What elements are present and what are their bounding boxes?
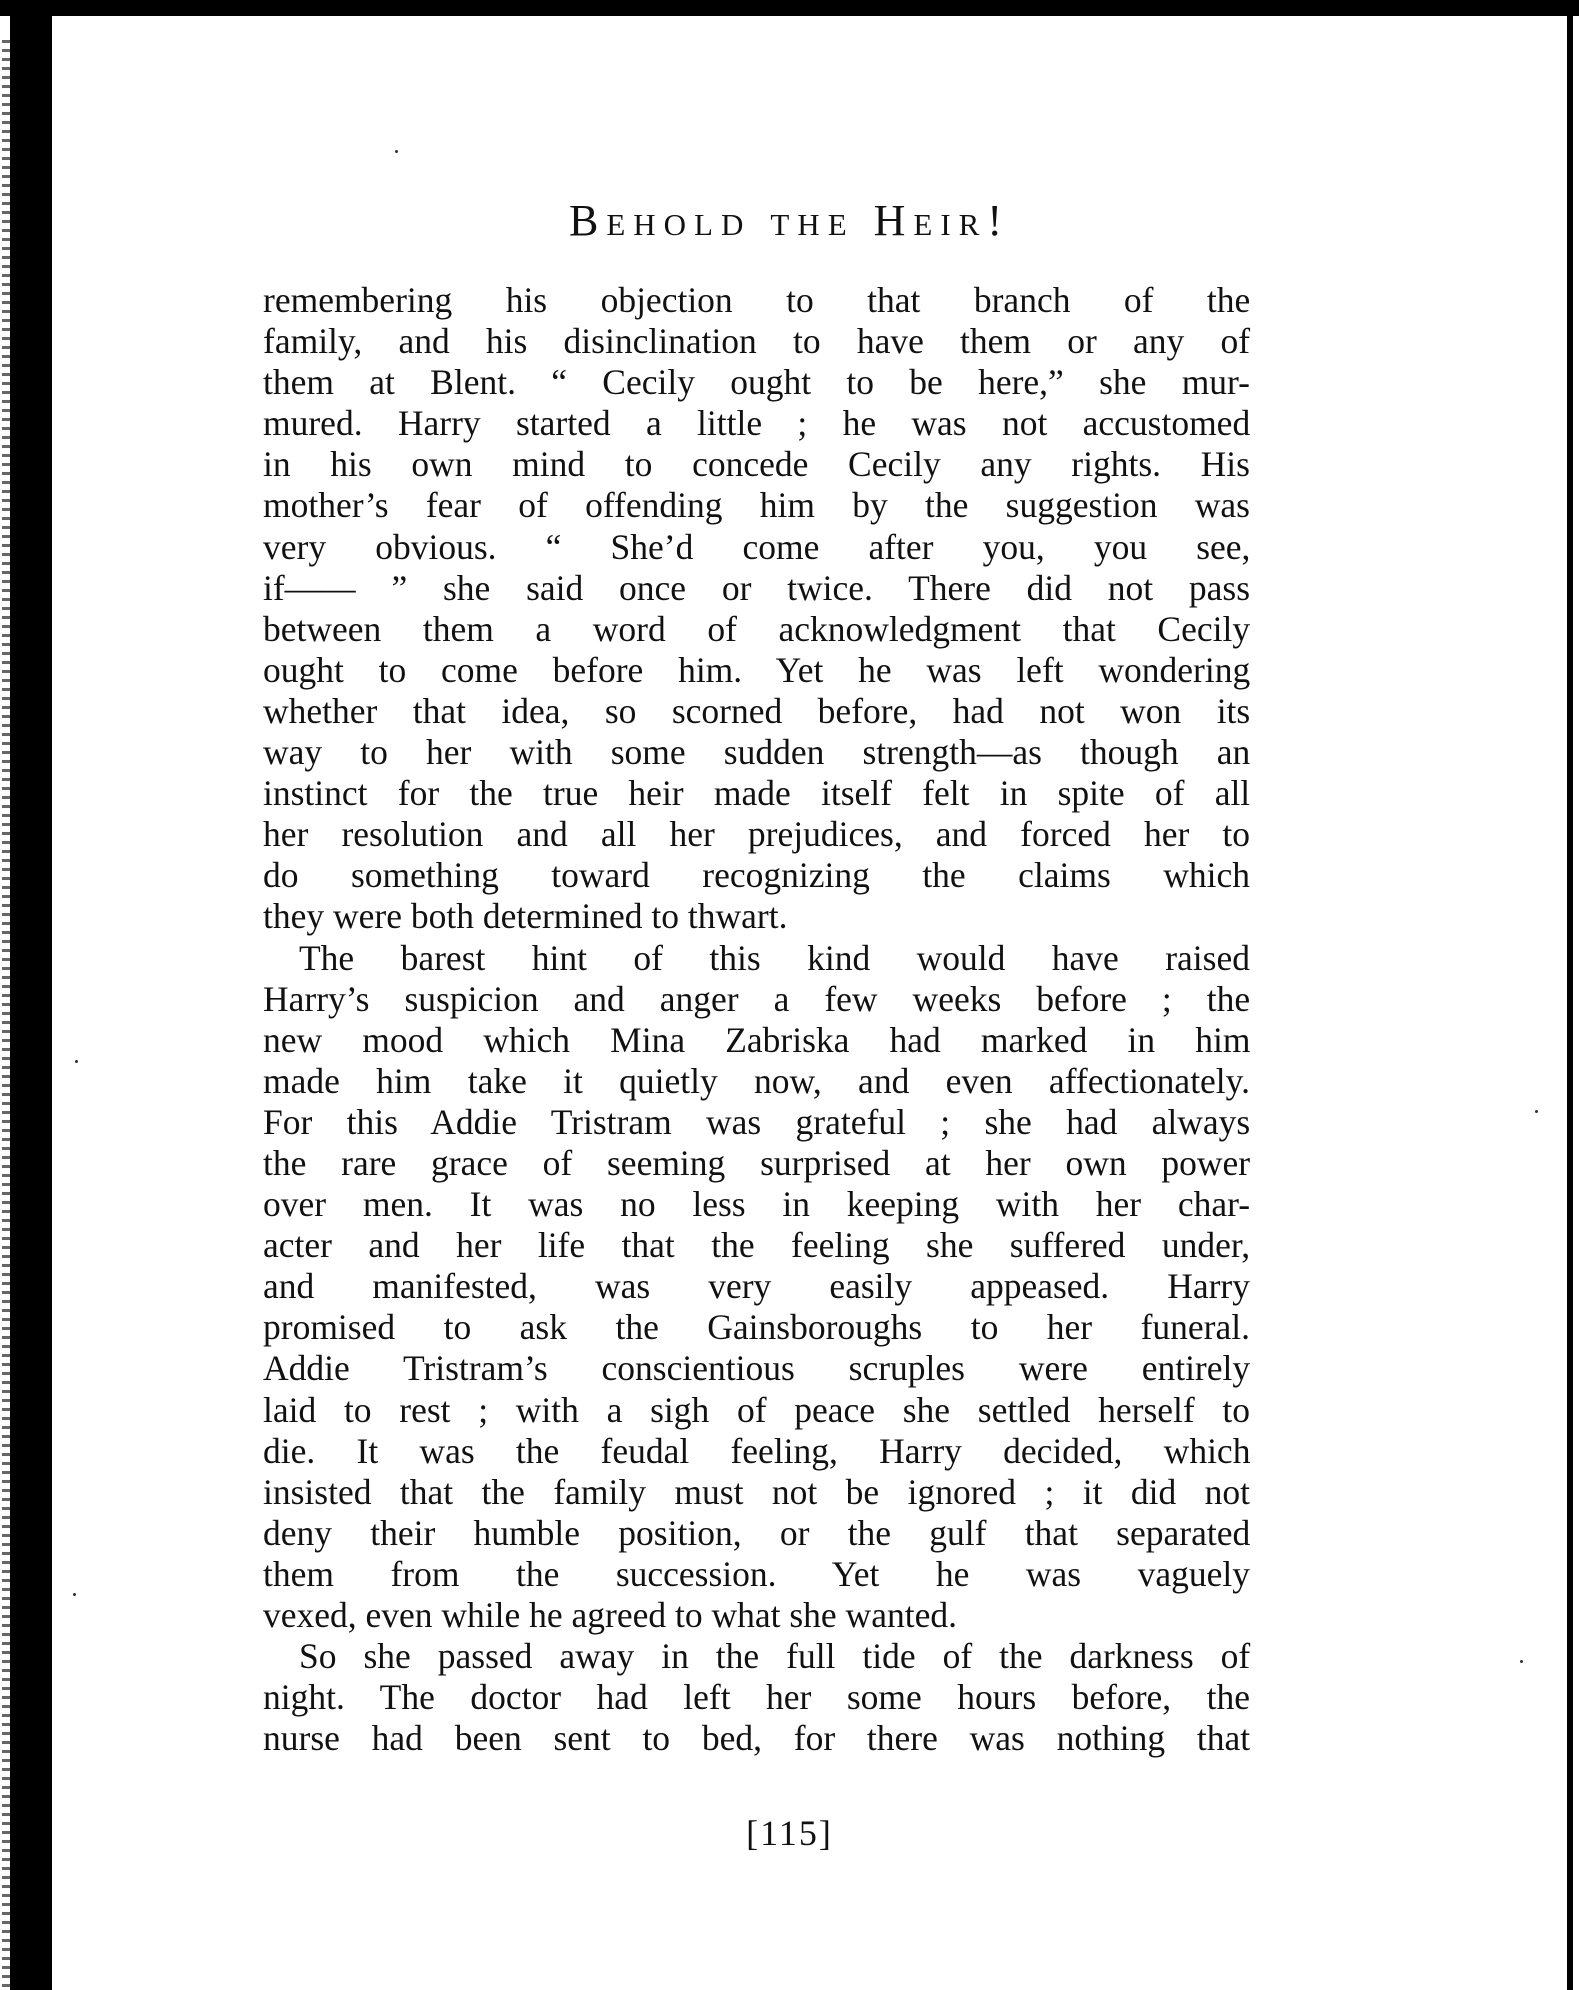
text-line: her resolution and all her prejudices, a… [263, 814, 1250, 855]
text-line: So she passed away in the full tide of t… [263, 1636, 1250, 1677]
text-line: For this Addie Tristram was grateful ; s… [263, 1102, 1250, 1143]
text-line: nurse had been sent to bed, for there wa… [263, 1718, 1250, 1759]
page-number: [115] [0, 1812, 1579, 1854]
text-line: do something toward recognizing the clai… [263, 855, 1250, 896]
scan-speck [75, 1060, 78, 1063]
text-line: they were both determined to thwart. [263, 896, 1250, 937]
text-line: if—— ” she said once or twice. There did… [263, 568, 1250, 609]
binding-speckle [2, 40, 16, 1990]
text-line: new mood which Mina Zabriska had marked … [263, 1020, 1250, 1061]
text-line: ought to come before him. Yet he was lef… [263, 650, 1250, 691]
text-line: vexed, even while he agreed to what she … [263, 1595, 1250, 1636]
text-line: acter and her life that the feeling she … [263, 1225, 1250, 1266]
scan-speck [1535, 1110, 1538, 1113]
text-line: made him take it quietly now, and even a… [263, 1061, 1250, 1102]
text-line: in his own mind to concede Cecily any ri… [263, 444, 1250, 485]
scan-speck [1520, 1660, 1523, 1663]
text-line: die. It was the feudal feeling, Harry de… [263, 1431, 1250, 1472]
text-line: mured. Harry started a little ; he was n… [263, 403, 1250, 444]
text-line: and manifested, was very easily appeased… [263, 1266, 1250, 1307]
text-line: promised to ask the Gainsboroughs to her… [263, 1307, 1250, 1348]
text-line: way to her with some sudden strength—as … [263, 732, 1250, 773]
text-line: insisted that the family must not be ign… [263, 1472, 1250, 1513]
text-line: over men. It was no less in keeping with… [263, 1184, 1250, 1225]
text-line: laid to rest ; with a sigh of peace she … [263, 1390, 1250, 1431]
text-line: mother’s fear of offending him by the su… [263, 485, 1250, 526]
scan-top-edge [0, 0, 1579, 16]
text-line: Addie Tristram’s conscientious scruples … [263, 1348, 1250, 1389]
text-line: Harry’s suspicion and anger a few weeks … [263, 979, 1250, 1020]
text-line: family, and his disinclination to have t… [263, 321, 1250, 362]
text-line: them from the succession. Yet he was vag… [263, 1554, 1250, 1595]
book-binding-shadow-left [10, 0, 52, 1990]
text-line: between them a word of acknowledgment th… [263, 609, 1250, 650]
scan-speck [395, 150, 398, 153]
page-edge-right [1567, 12, 1573, 1990]
scan-speck [73, 1593, 76, 1596]
text-line: night. The doctor had left her some hour… [263, 1677, 1250, 1718]
running-head: Behold the Heir! [0, 196, 1579, 246]
body-text: remembering his objection to that branch… [263, 280, 1250, 1759]
text-line: The barest hint of this kind would have … [263, 938, 1250, 979]
text-line: instinct for the true heir made itself f… [263, 773, 1250, 814]
text-line: them at Blent. “ Cecily ought to be here… [263, 362, 1250, 403]
text-line: whether that idea, so scorned before, ha… [263, 691, 1250, 732]
text-line: very obvious. “ She’d come after you, yo… [263, 527, 1250, 568]
text-line: remembering his objection to that branch… [263, 280, 1250, 321]
text-line: the rare grace of seeming surprised at h… [263, 1143, 1250, 1184]
text-line: deny their humble position, or the gulf … [263, 1513, 1250, 1554]
